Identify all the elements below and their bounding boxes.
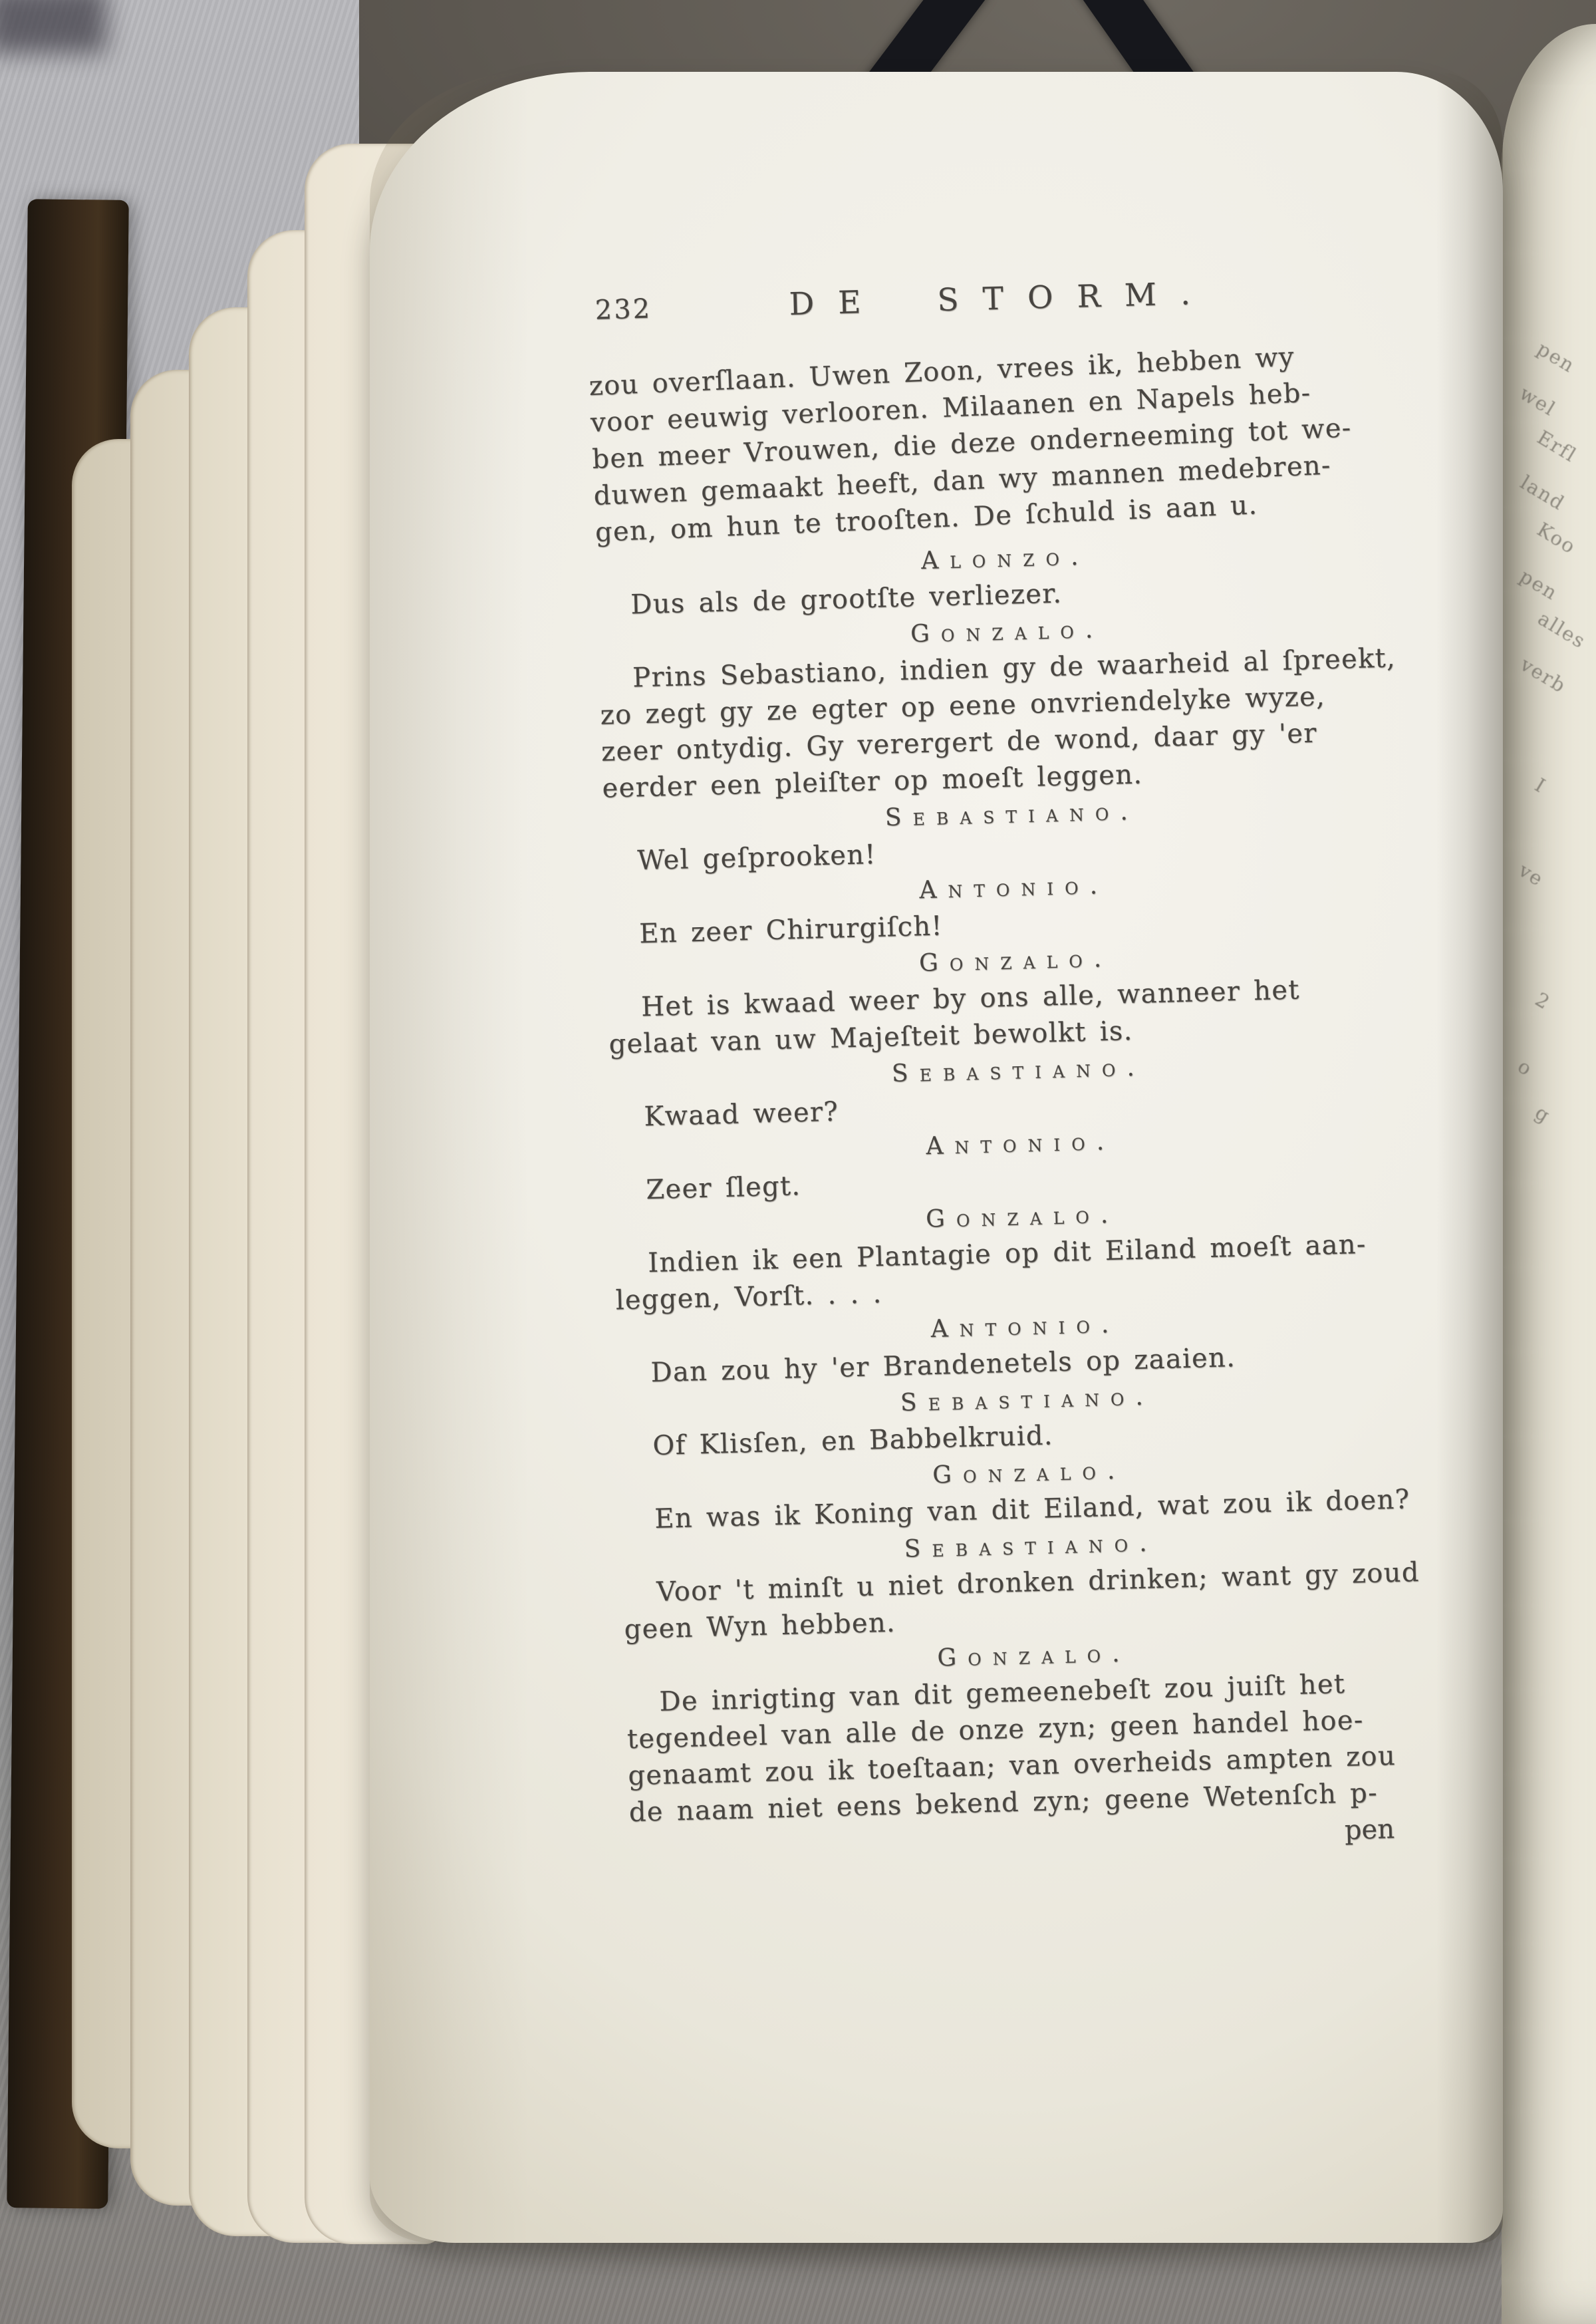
- facing-page-text-fragment: o: [1514, 1054, 1537, 1080]
- facing-page-text-fragment: 2: [1531, 988, 1555, 1014]
- dialogue-paragraph: Prins Sebastiano, indien gy de waarheid …: [599, 639, 1447, 807]
- facing-page-text-fragment: verb: [1517, 653, 1571, 697]
- book-photo-scene: penwelErfllandKoopenallesverbIve2og 232 …: [0, 0, 1596, 2324]
- page-number: 232: [595, 294, 652, 326]
- facing-page-text-fragment: pen: [1533, 337, 1579, 377]
- dialogue-content: zou overſlaan. Uwen Zoon, vrees ik, hebb…: [591, 347, 1475, 1868]
- running-title: DE STORM.: [789, 275, 1215, 323]
- facing-page-sliver: penwelErfllandKoopenallesverbIve2og: [1502, 24, 1596, 2324]
- facing-page-text-fragment: pen: [1516, 565, 1562, 605]
- dialogue-paragraph: zou overſlaan. Uwen Zoon, vrees ik, hebb…: [589, 333, 1440, 551]
- facing-page-text-fragment: Erfl: [1533, 426, 1581, 467]
- facing-page-text-fragment: Koo: [1533, 518, 1580, 559]
- background-corner-shadow: [0, 0, 106, 53]
- facing-page-text-fragment: I: [1531, 774, 1550, 798]
- facing-page-text-fragment: wel: [1516, 382, 1560, 421]
- facing-page-text-fragment: alles: [1534, 607, 1590, 653]
- dialogue-paragraph: De inrigting van dit gemeenebeſt zou jui…: [626, 1663, 1474, 1831]
- facing-page-text-fragment: g: [1531, 1101, 1555, 1127]
- facing-page-text-fragment: land: [1516, 471, 1569, 515]
- printed-text-block: 232 DE STORM. zou overſlaan. Uwen Zoon, …: [589, 269, 1475, 1868]
- book-page: 232 DE STORM. zou overſlaan. Uwen Zoon, …: [370, 72, 1503, 2243]
- facing-page-text-fragment: ve: [1515, 859, 1548, 891]
- page-header: 232 DE STORM.: [589, 269, 1435, 341]
